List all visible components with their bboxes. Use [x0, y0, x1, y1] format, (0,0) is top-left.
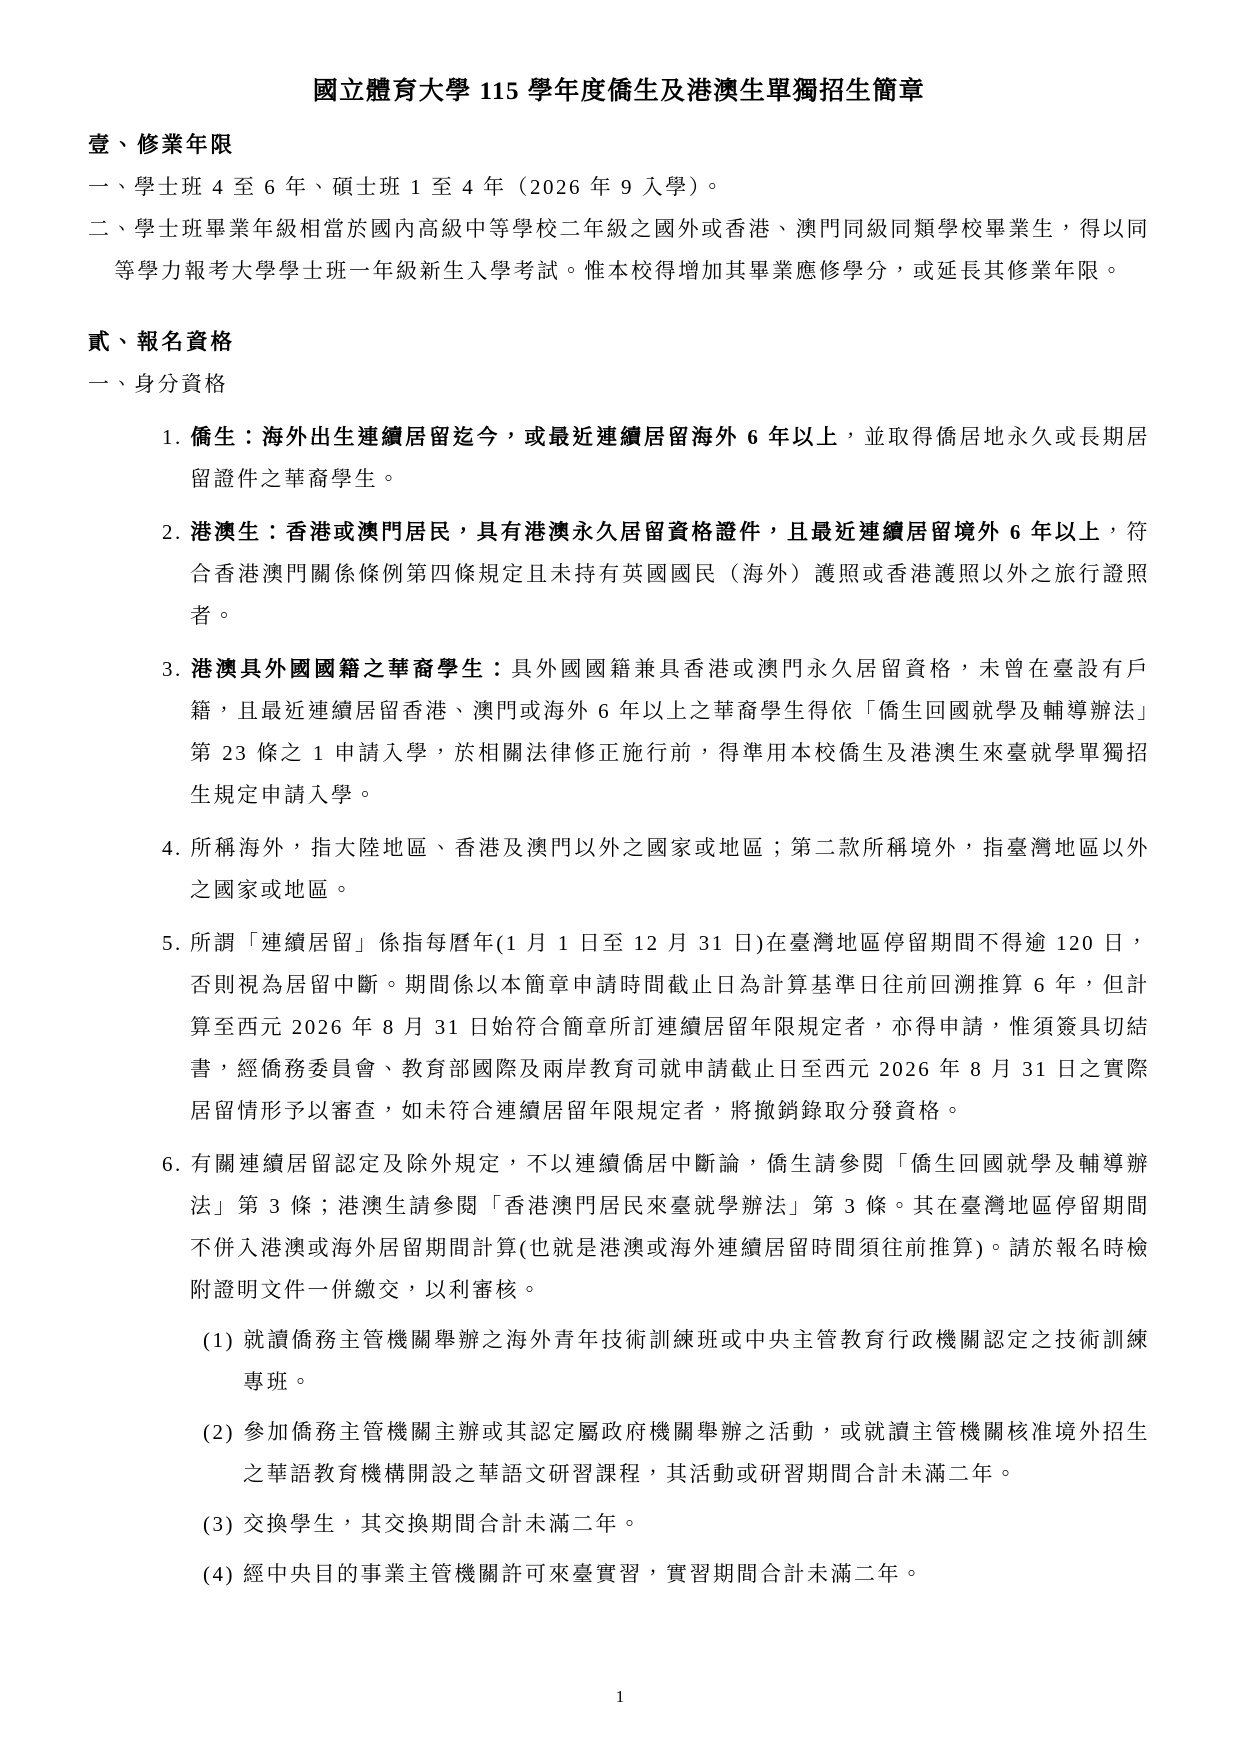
text-run: 所稱海外，指大陸地區、香港及澳門以外之國家或地區；第二款所稱境外，指臺灣地區以外…	[190, 836, 1150, 902]
list-marker: 4.	[162, 827, 190, 869]
numbered-item-2: 2.港澳生：香港或澳門居民，具有港澳永久居留資格證件，且最近連續居留境外 6 年…	[162, 511, 1150, 637]
numbered-item-3: 3.港澳具外國國籍之華裔學生：具外國國籍兼具香港或澳門永久居留資格，未曾在臺設有…	[162, 648, 1150, 816]
text-run: 壹、修業年限	[88, 133, 235, 157]
numbered-item-6: 6.有關連續居留認定及除外規定，不以連續僑居中斷論，僑生請參閱「僑生回國就學及輔…	[162, 1143, 1150, 1311]
bold-text-run: 僑生：海外出生連續居留迄今，或最近連續居留海外 6 年以上	[190, 425, 840, 449]
sub-item-1: (1)就讀僑務主管機關舉辦之海外青年技術訓練班或中央主管教育行政機關認定之技術訓…	[203, 1319, 1150, 1403]
text-run: 參加僑務主管機關主辦或其認定屬政府機關舉辦之活動，或就讀主管機關核准境外招生之華…	[243, 1420, 1150, 1486]
text-run: 學士班畢業年級相當於國內高級中等學校二年級之國外或香港、澳門同級同類學校畢業生，…	[114, 217, 1150, 283]
bold-text-run: 港澳生：香港或澳門居民，具有港澳永久居留資格證件，且最近連續居留境外 6 年以上	[190, 520, 1103, 544]
list-marker: 6.	[162, 1143, 190, 1185]
sub-item-3: (3)交換學生，其交換期間合計未滿二年。	[203, 1503, 1150, 1545]
bold-text-run: 港澳具外國國籍之華裔學生：	[190, 657, 511, 681]
list-marker: 一、	[88, 363, 134, 405]
list-marker: 3.	[162, 648, 190, 690]
list-marker: 1.	[162, 416, 190, 458]
text-run: 所謂「連續居留」係指每曆年(1 月 1 日至 12 月 31 日)在臺灣地區停留…	[190, 931, 1150, 1123]
document-body: 壹、修業年限一、學士班 4 至 6 年、碩士班 1 至 4 年（2026 年 9…	[88, 124, 1150, 1595]
section-heading-1: 壹、修業年限	[88, 124, 1150, 166]
text-run: 經中央目的事業主管機關許可來臺實習，實習期間合計未滿二年。	[243, 1562, 925, 1586]
list-marker: (4)	[203, 1553, 243, 1595]
outline-item-2-1: 一、身分資格	[88, 363, 1150, 405]
sub-item-4: (4)經中央目的事業主管機關許可來臺實習，實習期間合計未滿二年。	[203, 1553, 1150, 1595]
list-marker: 5.	[162, 922, 190, 964]
text-run: 學士班 4 至 6 年、碩士班 1 至 4 年（2026 年 9 入學）。	[134, 175, 725, 199]
list-marker: 二、	[88, 208, 134, 250]
section-heading-2: 貳、報名資格	[88, 321, 1150, 363]
text-run: 交換學生，其交換期間合計未滿二年。	[243, 1512, 643, 1536]
list-marker: (2)	[203, 1411, 243, 1453]
numbered-item-4: 4.所稱海外，指大陸地區、香港及澳門以外之國家或地區；第二款所稱境外，指臺灣地區…	[162, 827, 1150, 911]
list-marker: 一、	[88, 166, 134, 208]
list-marker: (3)	[203, 1503, 243, 1545]
text-run: 就讀僑務主管機關舉辦之海外青年技術訓練班或中央主管教育行政機關認定之技術訓練專班…	[243, 1328, 1150, 1394]
text-run: 身分資格	[134, 372, 228, 396]
sub-item-2: (2)參加僑務主管機關主辦或其認定屬政府機關舉辦之活動，或就讀主管機關核准境外招…	[203, 1411, 1150, 1495]
outline-item-1-2: 二、學士班畢業年級相當於國內高級中等學校二年級之國外或香港、澳門同級同類學校畢業…	[88, 208, 1150, 292]
section-gap	[88, 292, 1150, 321]
text-run: 有關連續居留認定及除外規定，不以連續僑居中斷論，僑生請參閱「僑生回國就學及輔導辦…	[190, 1152, 1150, 1302]
document-title: 國立體育大學 115 學年度僑生及港澳生單獨招生簡章	[88, 70, 1150, 114]
document-page: 國立體育大學 115 學年度僑生及港澳生單獨招生簡章 壹、修業年限一、學士班 4…	[0, 0, 1240, 1753]
list-marker: 2.	[162, 511, 190, 553]
numbered-item-1: 1.僑生：海外出生連續居留迄今，或最近連續居留海外 6 年以上，並取得僑居地永久…	[162, 416, 1150, 500]
numbered-item-5: 5.所謂「連續居留」係指每曆年(1 月 1 日至 12 月 31 日)在臺灣地區…	[162, 922, 1150, 1132]
page-number: 1	[0, 1687, 1240, 1707]
outline-item-1-1: 一、學士班 4 至 6 年、碩士班 1 至 4 年（2026 年 9 入學）。	[88, 166, 1150, 208]
list-marker: (1)	[203, 1319, 243, 1361]
text-run: 貳、報名資格	[88, 330, 235, 354]
